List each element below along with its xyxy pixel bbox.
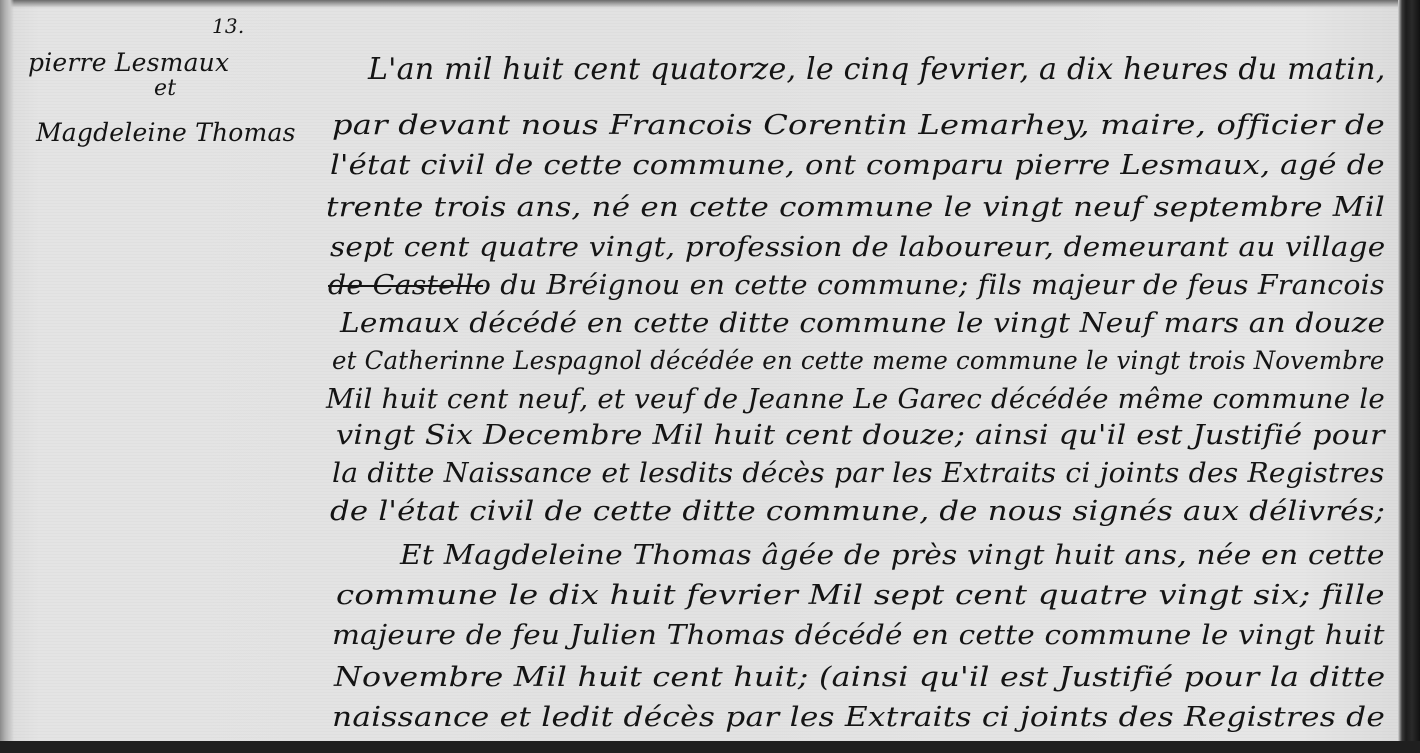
text-line-17: naissance et ledit décès par les Extrait…	[332, 702, 1385, 733]
text-line-10: vingt Six Decembre Mil huit cent douze; …	[336, 420, 1385, 451]
text-line-1: L'an mil huit cent quatorze, le cinq fev…	[368, 52, 1385, 87]
text-line-12: de l'état civil de cette ditte commune, …	[330, 496, 1385, 527]
struck-out-text: de Castello	[328, 270, 483, 301]
text-line-14: commune le dix huit fevrier Mil sept cen…	[336, 580, 1385, 611]
text-line-2: par devant nous Francois Corentin Lemarh…	[332, 110, 1385, 141]
document-viewer: 13. pierre Lesmaux et Magdeleine Thomas …	[0, 0, 1420, 753]
margin-groom-name: pierre Lesmaux	[28, 48, 229, 77]
text-line-5: sept cent quatre vingt, profession de la…	[330, 232, 1385, 263]
page-top-edge	[0, 0, 1420, 8]
margin-bride-name: Magdeleine Thomas	[36, 118, 296, 147]
entry-number: 13.	[212, 14, 244, 38]
text-line-3: l'état civil de cette commune, ont compa…	[330, 150, 1385, 181]
text-line-16: Novembre Mil huit cent huit; (ainsi qu'i…	[334, 662, 1385, 693]
margin-conjunction: et	[154, 76, 176, 101]
text-line-4: trente trois ans, né en cette commune le…	[326, 192, 1385, 223]
text-line-9: Mil huit cent neuf, et veuf de Jeanne Le…	[326, 384, 1385, 415]
text-line-8: et Catherinne Lespagnol décédée en cette…	[332, 346, 1385, 375]
text-line-6: de Castello du Bréignou en cette commune…	[328, 270, 1385, 301]
viewer-bottom-bar	[0, 741, 1420, 753]
text-line-11: la ditte Naissance et lesdits décès par …	[332, 458, 1385, 489]
page-binding-edge	[0, 0, 14, 741]
text-line-7: Lemaux décédé en cette ditte commune le …	[340, 308, 1385, 339]
text-line-13: Et Magdeleine Thomas âgée de près vingt …	[400, 540, 1385, 571]
page-right-edge-shadow	[1398, 0, 1420, 741]
scanned-register-page: 13. pierre Lesmaux et Magdeleine Thomas …	[0, 0, 1420, 741]
text-line-15: majeure de feu Julien Thomas décédé en c…	[332, 620, 1385, 651]
